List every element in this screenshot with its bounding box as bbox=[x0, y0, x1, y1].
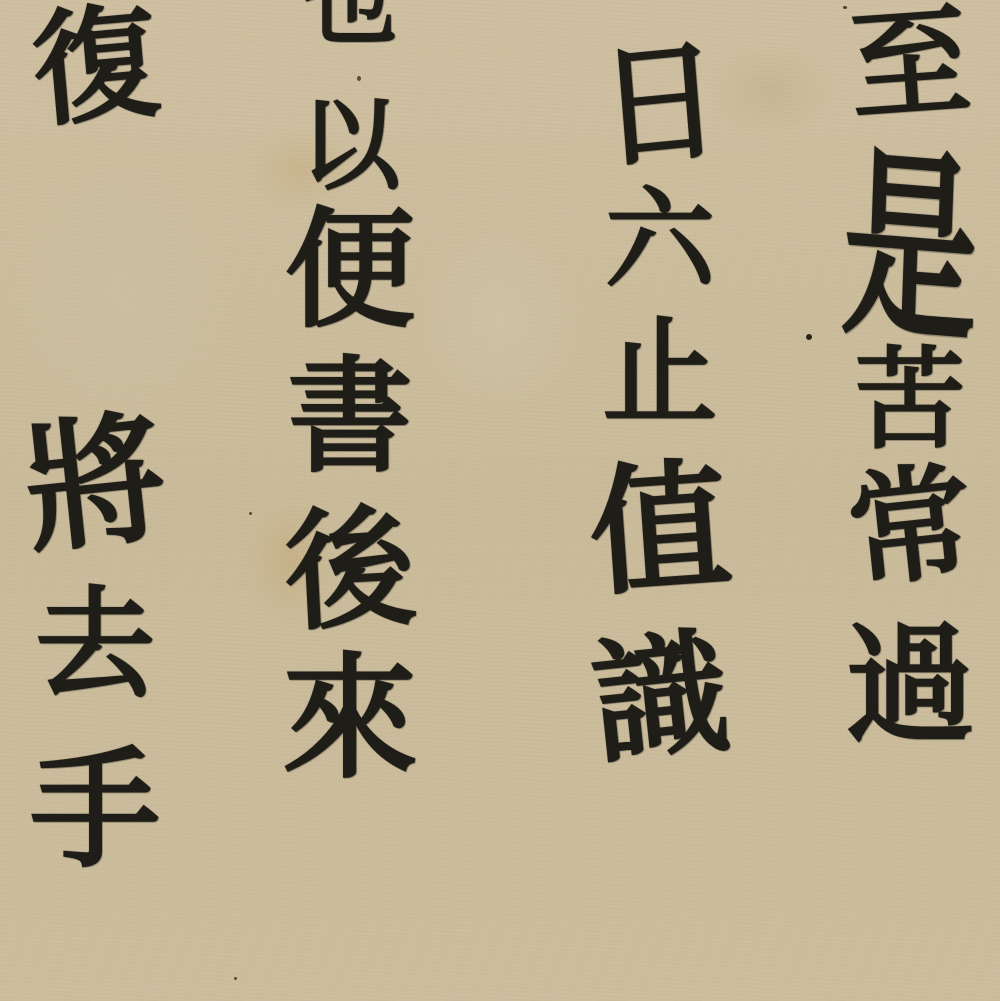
character: 六 bbox=[605, 185, 715, 295]
character: 也 bbox=[302, 0, 397, 50]
character: 值 bbox=[585, 455, 734, 604]
column-3: 也 以 便 書 後 來 bbox=[265, 0, 435, 785]
character: 日 bbox=[595, 33, 725, 176]
character: 止 bbox=[602, 315, 717, 430]
character: 過 bbox=[845, 620, 975, 750]
ink-speck bbox=[357, 76, 361, 81]
character: 復 bbox=[27, 0, 162, 135]
ink-speck bbox=[234, 977, 237, 980]
character: 將 bbox=[18, 408, 172, 562]
character: 識 bbox=[586, 623, 734, 771]
character: 去 bbox=[35, 585, 155, 705]
column-1-rightmost: 至 是 苦 常 過 bbox=[835, 5, 985, 750]
column-5-leftmost: 復 將 去 手 bbox=[10, 5, 180, 875]
character: 後 bbox=[282, 502, 419, 639]
character: 以 bbox=[300, 95, 400, 195]
character: 手 bbox=[30, 745, 160, 875]
character: 至 bbox=[846, 1, 974, 129]
character: 書 bbox=[288, 355, 413, 480]
ink-speck bbox=[806, 334, 812, 340]
ink-speck bbox=[249, 512, 252, 515]
character: 常 bbox=[841, 459, 978, 596]
ink-speck bbox=[843, 6, 847, 9]
column-2: 日 六 止 值 識 bbox=[585, 45, 735, 765]
character: 便 bbox=[285, 205, 415, 335]
calligraphy-paper: 至 是 苦 常 過 日 六 止 值 識 也 以 便 書 後 來 復 將 去 手 bbox=[0, 0, 1000, 1001]
character: 是 bbox=[839, 141, 981, 354]
character: 來 bbox=[283, 650, 418, 785]
